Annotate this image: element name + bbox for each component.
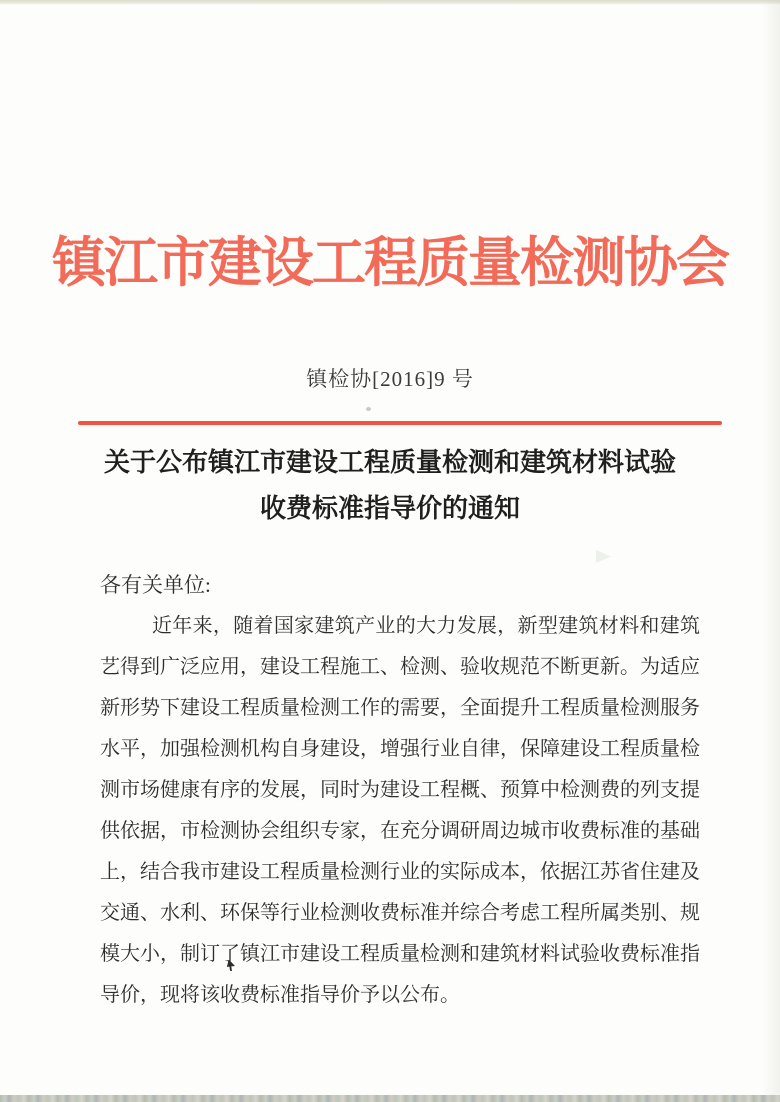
scan-artifact-top-edge [0,0,780,5]
body-line: 新形势下建设工程质量检测工作的需要，全面提升工程质量检测服务 [100,688,700,729]
notice-title-line2: 收费标准指导价的通知 [0,486,780,532]
body-line: 上，结合我市建设工程质量检测行业的实际成本，依据江苏省住建及 [100,852,700,893]
body-line: 艺得到广泛应用，建设工程施工、检测、验收规范不断更新。为适应 [100,647,700,688]
body-line: 水平，加强检测机构自身建设，增强行业自律，保障建设工程质量检 [100,729,700,770]
scan-artifact-faint-mark [596,550,611,563]
organization-title: 镇江市建设工程质量检测协会 [0,220,780,297]
body-paragraph: 近年来，随着国家建筑产业的大力发展，新型建筑材料和建筑工 艺得到广泛应用，建设工… [100,606,700,1016]
salutation: 各有关单位: [100,570,211,600]
red-separator-line [78,421,722,425]
scan-artifact-dot [366,407,371,411]
document-number: 镇检协[2016]9 号 [0,363,780,393]
scan-artifact-bottom-band [0,1095,780,1102]
scan-artifact-top-line [0,6,780,8]
notice-title-line1: 关于公布镇江市建设工程质量检测和建筑材料试验 [0,440,780,486]
scanned-document-page: 镇江市建设工程质量检测协会 镇检协[2016]9 号 关于公布镇江市建设工程质量… [0,0,780,1102]
body-line: 近年来，随着国家建筑产业的大力发展，新型建筑材料和建筑工 [100,606,700,647]
scan-artifact-right-shade [762,0,780,1102]
body-line: 测市场健康有序的发展，同时为建设工程概、预算中检测费的列支提 [100,770,700,811]
notice-title: 关于公布镇江市建设工程质量检测和建筑材料试验 收费标准指导价的通知 [0,440,780,532]
body-line: 模大小，制订了镇江市建设工程质量检测和建筑材料试验收费标准指 [100,934,700,975]
body-line: 交通、水利、环保等行业检测收费标准并综合考虑工程所属类别、规 [100,893,700,934]
body-line: 供依据，市检测协会组织专家，在充分调研周边城市收费标准的基础 [100,811,700,852]
body-line: 导价，现将该收费标准指导价予以公布。 [100,975,700,1016]
